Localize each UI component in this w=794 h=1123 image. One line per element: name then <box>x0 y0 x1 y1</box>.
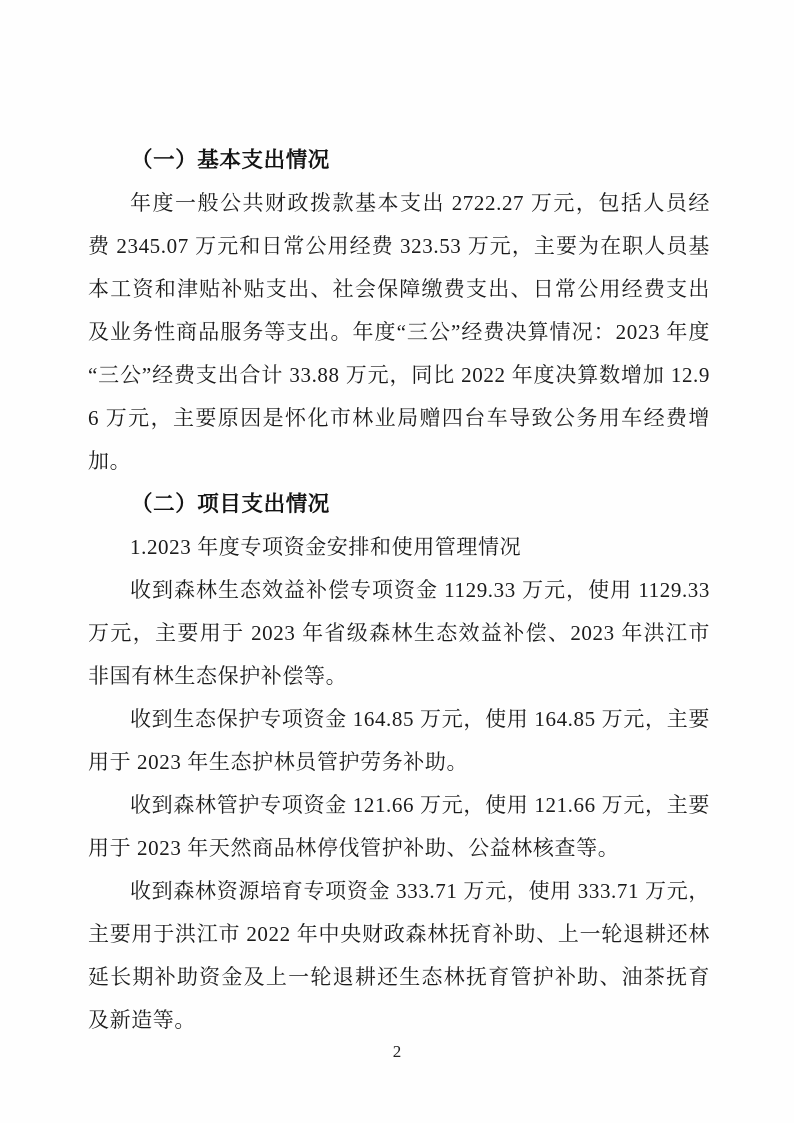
document-body: （一）基本支出情况年度一般公共财政拨款基本支出 2722.27 万元，包括人员经… <box>88 139 710 1042</box>
body-paragraph: 年度一般公共财政拨款基本支出 2722.27 万元，包括人员经费 2345.07… <box>88 182 710 483</box>
body-paragraph: 收到森林管护专项资金 121.66 万元，使用 121.66 万元，主要用于 2… <box>88 784 710 870</box>
section-heading: （一）基本支出情况 <box>88 139 710 182</box>
body-paragraph: 1.2023 年度专项资金安排和使用管理情况 <box>88 526 710 569</box>
body-paragraph: 收到森林资源培育专项资金 333.71 万元，使用 333.71 万元，主要用于… <box>88 870 710 1042</box>
body-paragraph: 收到森林生态效益补偿专项资金 1129.33 万元，使用 1129.33 万元，… <box>88 569 710 698</box>
body-paragraph: 收到生态保护专项资金 164.85 万元，使用 164.85 万元，主要用于 2… <box>88 698 710 784</box>
page-number: 2 <box>393 1042 402 1061</box>
document-page: （一）基本支出情况年度一般公共财政拨款基本支出 2722.27 万元，包括人员经… <box>0 0 794 1123</box>
page-footer: 2 <box>0 1040 794 1064</box>
section-heading: （二）项目支出情况 <box>88 483 710 526</box>
